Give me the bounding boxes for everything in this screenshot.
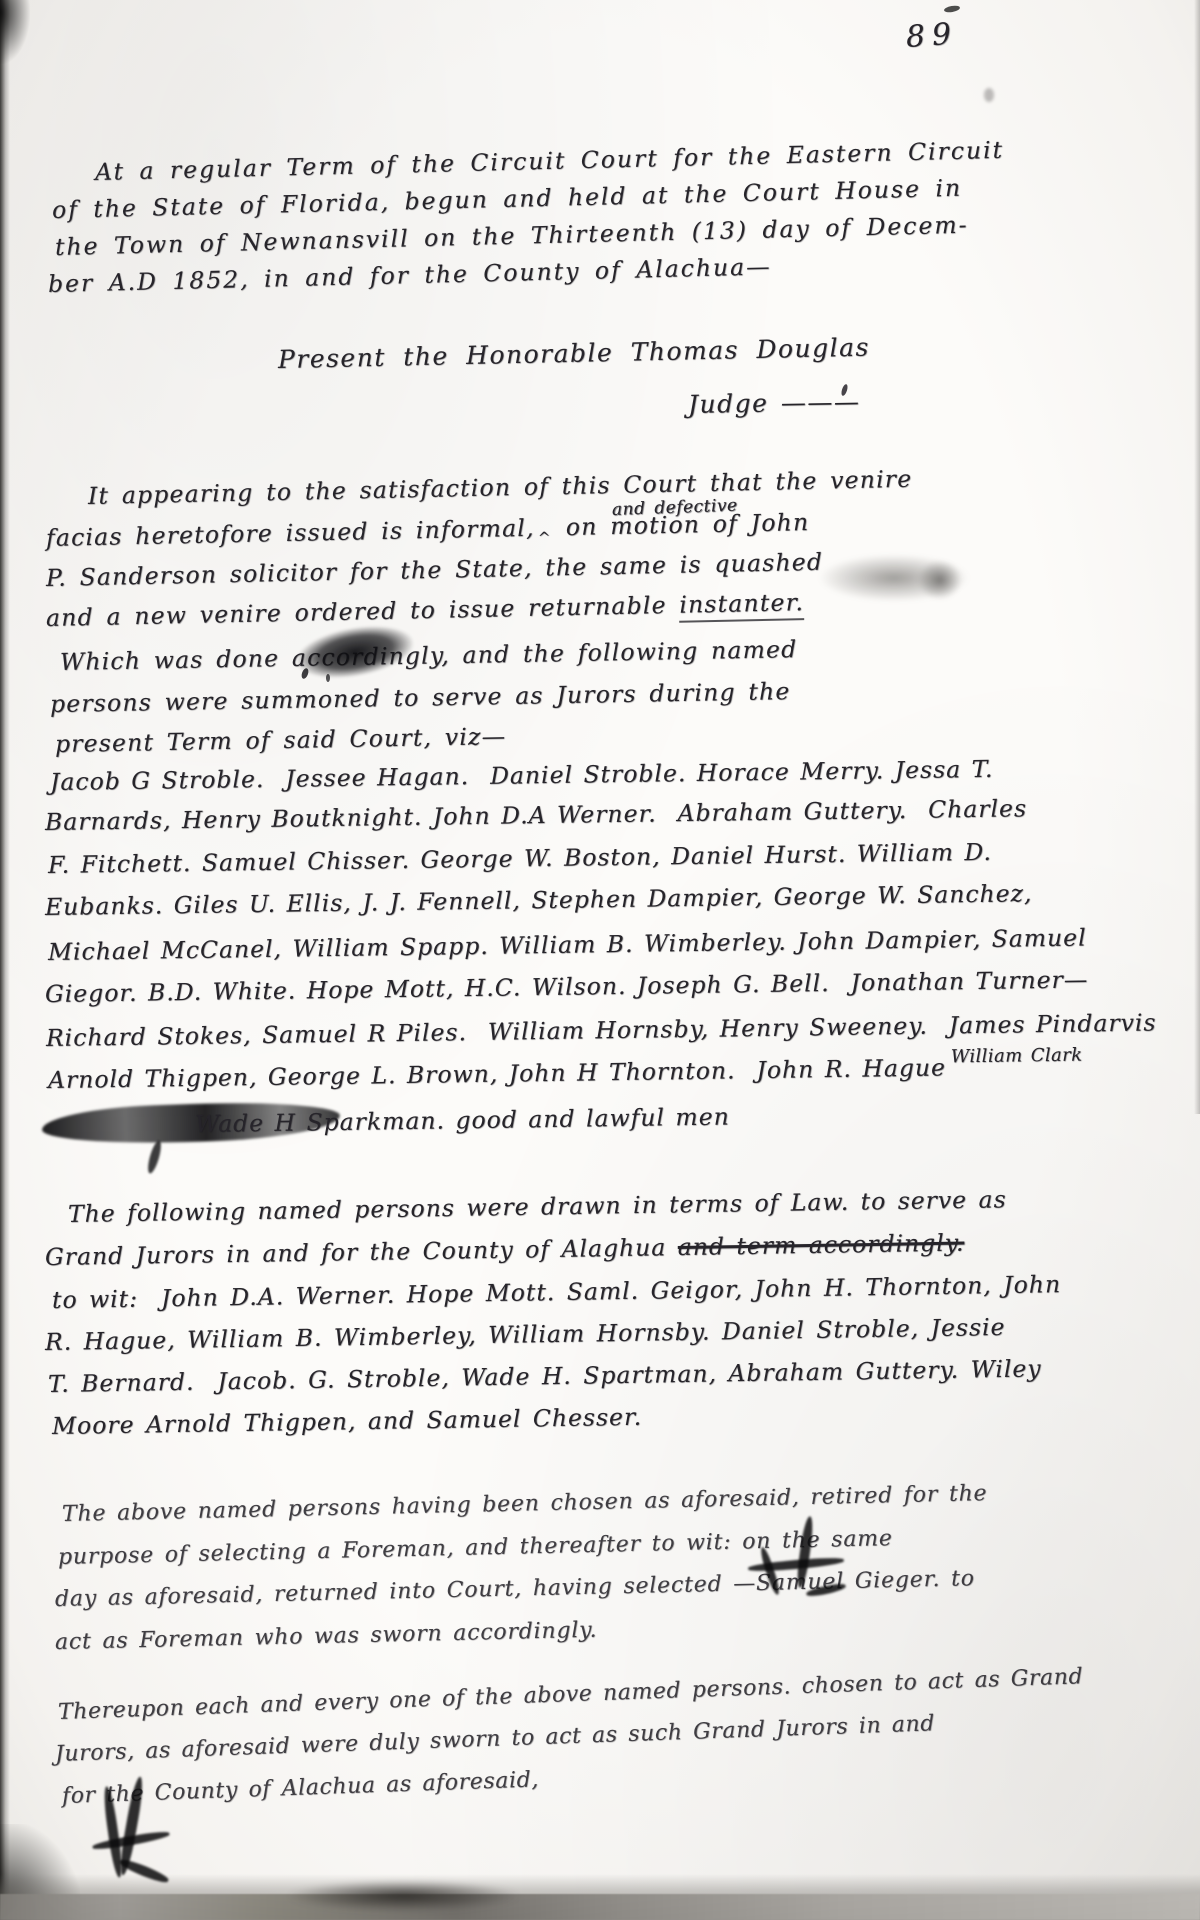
grand-line-4: R. Hague, William B. Wimberley, William … [45,1313,1006,1356]
foreman-line-1: The above named persons having been chos… [62,1481,988,1527]
judge-line: Judge ——— [688,387,861,419]
jurors-line-1: Jacob G Stroble. Jessee Hagan. Daniel St… [50,755,994,796]
raised-insertion-william-clark: William Clark [951,1045,1083,1068]
jurors-line-8: Arnold Thigpen, George L. Brown, John H … [48,1052,1083,1094]
venire-line-2-text: facias heretofore issued is informal, [46,514,535,552]
scan-bottom-edge [0,1894,1200,1920]
ink-blot-accordingly [293,618,418,686]
opening-line-4: ber A.D 1852, in and for the County of A… [48,252,772,298]
ink-blot-strikeout-tail [145,1139,163,1174]
venire-line-2-cont: on motion of John [553,508,810,541]
present-line: Present the Honorable Thomas Douglas [278,333,870,374]
scan-edge-left-shadow [0,0,10,1920]
page-number: 89 [905,16,960,55]
grand-line-1: The following named persons were drawn i… [68,1185,1007,1228]
foreman-line-4: act as Foreman who was sworn accordingly… [55,1618,598,1655]
jurors-line-6: Giegor. B.D. White. Hope Mott, H.C. Wils… [45,965,1089,1008]
venire-line-4: and a new venire ordered to issue return… [46,588,805,632]
scan-bottom-blob [286,1880,521,1912]
grand-line-6: Moore Arnold Thigpen, and Samuel Chesser… [52,1403,643,1440]
scan-edge-right-shadow [1194,0,1200,1114]
struck-text: and term accordingly. [678,1229,965,1261]
underlined-instanter: instanter. [679,588,804,623]
scanned-court-record-page: 89 At a regular Term of the Circuit Cour… [0,0,1200,1920]
grand-line-5: T. Bernard. Jacob. G. Stroble, Wade H. S… [48,1354,1042,1398]
jurors-line-3: F. Fitchett. Samuel Chisser. George W. B… [48,838,992,879]
jurors-line-4: Eubanks. Giles U. Ellis, J. J. Fennell, … [45,879,1033,921]
insertion-caret: ^ [538,528,551,546]
grand-line-2: Grand Jurors in and for the County of Al… [45,1229,965,1271]
venire-line-6: persons were summoned to serve as Jurors… [50,677,791,718]
venire-line-5: Which was done accordingly, and the foll… [60,635,798,676]
venire-line-1: It appearing to the satisfaction of this… [88,465,913,510]
grand-line-3: to wit: John D.A. Werner. Hope Mott. Sam… [52,1270,1062,1314]
jurors-line-2: Barnards, Henry Boutknight. John D.A Wer… [45,794,1027,836]
ink-smudge-top-right [984,88,994,102]
ink-smear-quashed-2 [918,560,962,600]
ink-droplet-2 [326,674,330,682]
scan-corner-top-left [0,0,30,64]
grand-line-2-text: Grand Jurors in and for the County of Al… [45,1233,678,1271]
jurors-line-8-text: Arnold Thigpen, George L. Brown, John H … [48,1053,946,1094]
venire-line-7: present Term of said Court, viz— [55,722,507,758]
jurors-line-5: Michael McCanel, William Spapp. William … [48,923,1087,966]
ink-speck-top-right [944,5,961,14]
